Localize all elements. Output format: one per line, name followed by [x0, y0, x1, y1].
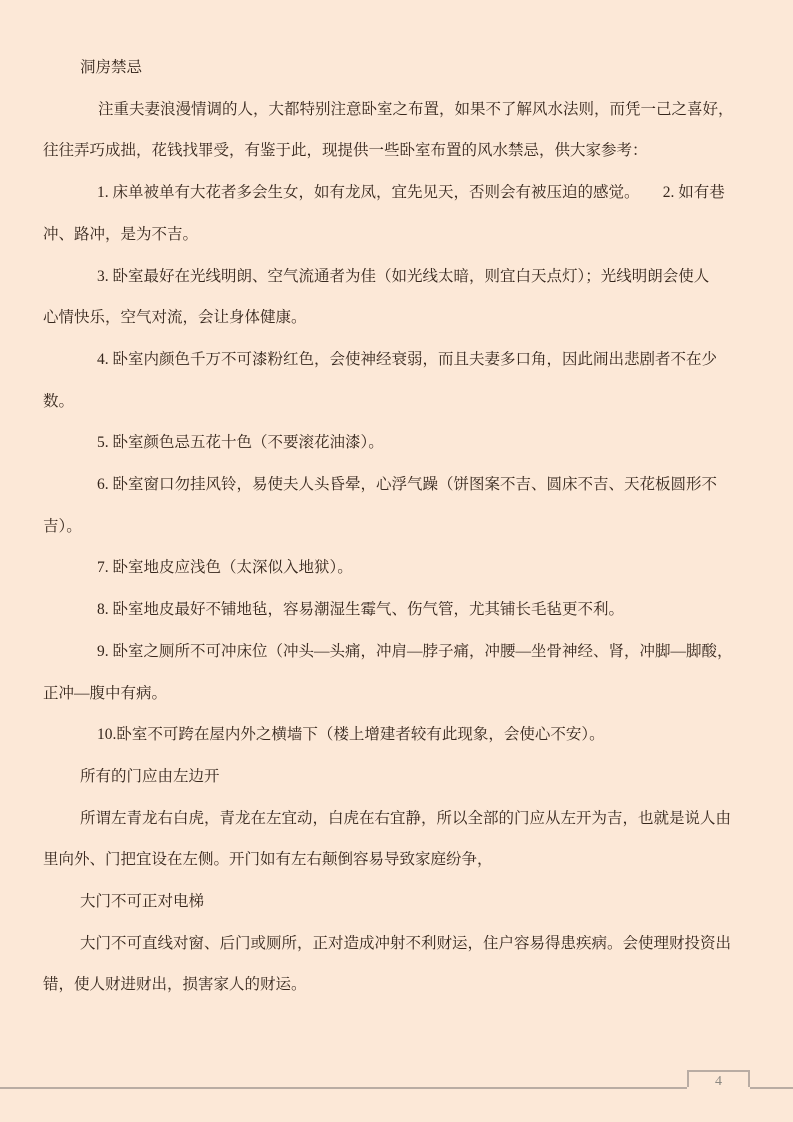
document-body: 洞房禁忌 注重夫妻浪漫情调的人，大都特别注意卧室之布置，如果不了解风水法则，而凭…: [43, 47, 752, 1006]
list-item-5: 5. 卧室颜色忌五花十色（不要滚花油漆）。: [43, 422, 752, 464]
list-item-7: 7. 卧室地皮应浅色（太深似入地狱）。: [43, 547, 752, 589]
subheading-doors: 所有的门应由左边开: [43, 756, 752, 798]
footer-rule-left: [0, 1087, 687, 1089]
list-item-6: 6. 卧室窗口勿挂风铃，易使夫人头昏晕，心浮气躁（饼图案不吉、圆床不吉、天花板圆…: [43, 464, 752, 547]
page-number: 4: [715, 1074, 722, 1089]
subheading-elevator: 大门不可正对电梯: [43, 881, 752, 923]
list-item-9: 9. 卧室之厕所不可冲床位（冲头—头痛，冲肩—脖子痛，冲腰—坐骨神经、肾，冲脚—…: [43, 631, 752, 714]
document-page[interactable]: 洞房禁忌 注重夫妻浪漫情调的人，大都特别注意卧室之布置，如果不了解风水法则，而凭…: [0, 0, 793, 1122]
paragraph-intro: 注重夫妻浪漫情调的人，大都特别注意卧室之布置，如果不了解风水法则，而凭一己之喜好…: [43, 89, 752, 172]
page-number-tab: 4: [687, 1070, 750, 1087]
list-item-10: 10.卧室不可跨在屋内外之横墙下（楼上增建者较有此现象，会使心不安）。: [43, 714, 752, 756]
doc-heading: 洞房禁忌: [43, 47, 752, 89]
list-item-1-2: 1. 床单被单有大花者多会生女，如有龙凤，宜先见天，否则会有被压迫的感觉。 2.…: [43, 172, 752, 255]
list-item-4: 4. 卧室内颜色千万不可漆粉红色，会使神经衰弱，而且夫妻多口角，因此闹出悲剧者不…: [43, 339, 752, 422]
list-item-3: 3. 卧室最好在光线明朗、空气流通者为佳（如光线太暗，则宜白天点灯）；光线明朗会…: [43, 256, 752, 339]
list-item-8: 8. 卧室地皮最好不铺地毡，容易潮湿生霉气、伤气管，尤其铺长毛毡更不利。: [43, 589, 752, 631]
paragraph-elevator: 大门不可直线对窗、后门或厕所，正对造成冲射不利财运，住户容易得患疾病。会使理财投…: [43, 923, 752, 1006]
footer-rule-right: [750, 1087, 793, 1089]
paragraph-doors: 所谓左青龙右白虎，青龙在左宜动，白虎在右宜静，所以全部的门应从左开为吉，也就是说…: [43, 798, 752, 881]
